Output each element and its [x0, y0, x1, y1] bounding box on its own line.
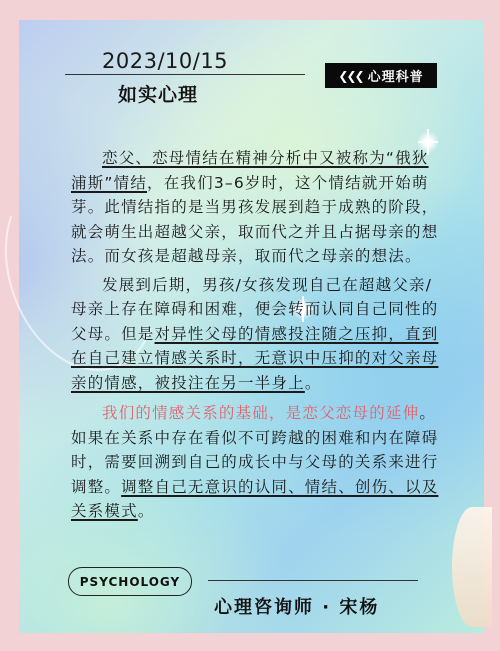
post-date: 2023/10/15 [102, 49, 228, 73]
paragraph-3: 我们的情感关系的基础，是恋父恋母的延伸。 [71, 401, 443, 426]
underlined-text: 调整自己无意识的认同、情结、创伤、以及关系模式 [71, 478, 438, 521]
brand-title: 如实心理 [118, 80, 198, 107]
paragraph-2: 发展到后期，男孩/女孩发现自己在超越父亲/母亲上存在障碍和困难，便会转而认同自己… [71, 273, 443, 396]
paragraph-text: 。 [305, 374, 322, 392]
paragraph-4: 如果在关系中存在看似不可跨越的困难和内在障碍时，需要回溯到自己的成长中与父母的关… [71, 426, 443, 524]
author-signature: 心理咨询师 · 宋杨 [214, 593, 379, 619]
article-body: 恋父、恋母情结在精神分析中又被称为“俄狄浦斯”情结，在我们3–6岁时，这个情结就… [71, 146, 443, 530]
highlight-text: 我们的情感关系的基础，是恋父恋母的延伸 [102, 404, 419, 422]
category-tag-label: 心理科普 [368, 66, 424, 85]
decorative-petal [452, 507, 492, 627]
footer-divider [208, 580, 418, 581]
paragraph-text: 。 [138, 502, 155, 520]
paragraph-text: 。 [419, 404, 436, 422]
paragraph-1: 恋父、恋母情结在精神分析中又被称为“俄狄浦斯”情结，在我们3–6岁时，这个情结就… [71, 146, 443, 269]
header-divider [65, 74, 305, 75]
category-tag: ❮❮❮ 心理科普 [325, 63, 437, 88]
chevrons-left-icon: ❮❮❮ [338, 69, 362, 83]
psychology-badge: PSYCHOLOGY [68, 567, 192, 596]
